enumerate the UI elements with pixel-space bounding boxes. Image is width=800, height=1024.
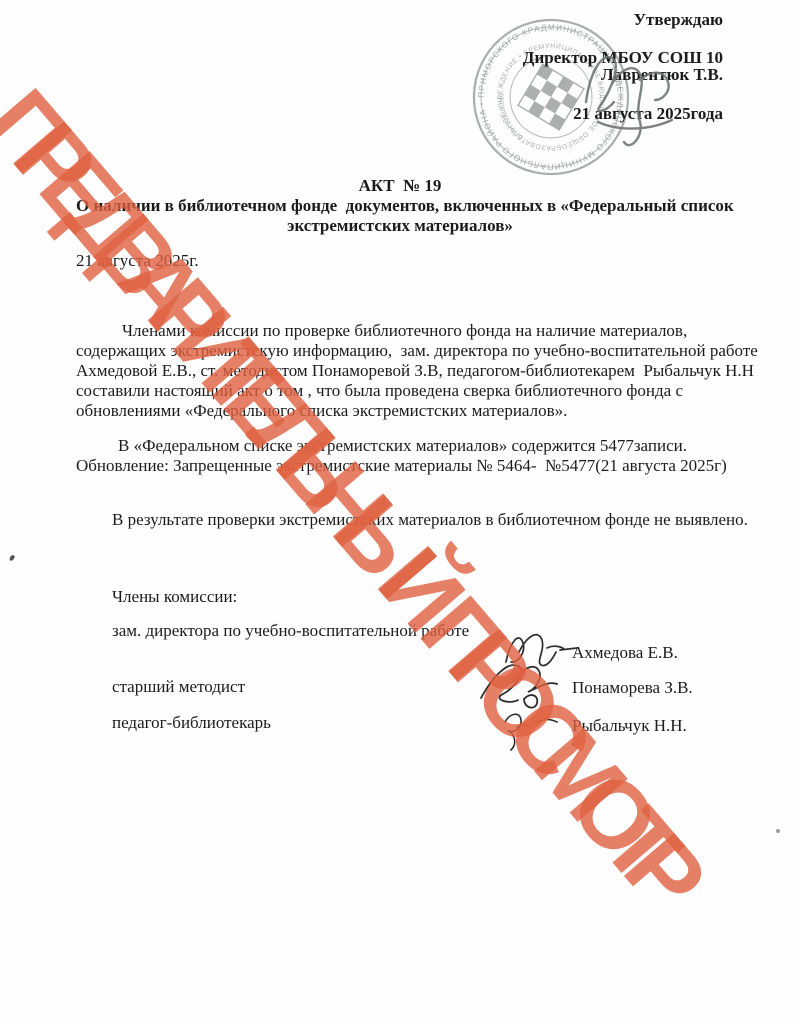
commission-heading: Члены комиссии: — [112, 587, 237, 607]
p3-line: В результате проверки экстремистских мат… — [76, 510, 736, 530]
member-role: зам. директора по учебно-воспитательной … — [112, 621, 469, 641]
act-number-line: АКТ № 19 — [76, 176, 724, 196]
member-name: Рыбальчук Н.Н. — [572, 716, 687, 736]
title-line-2: О наличии в библиотечном фонде документо… — [76, 196, 724, 216]
p1-line: обновлениями «Федерального списка экстре… — [76, 401, 736, 421]
member-name: Понаморева З.В. — [572, 678, 693, 698]
member-role: педагог-библиотекарь — [112, 713, 271, 733]
member-name: Ахмедова Е.В. — [572, 643, 678, 663]
document-title: АКТ № 19 О наличии в библиотечном фонде … — [76, 176, 724, 236]
approval-block: Утверждаю Директор МБОУ СОШ 10 Лаврентюк… — [523, 11, 723, 122]
director-title: Директор МБОУ СОШ 10 — [523, 49, 723, 66]
p1-line: составили настоящий акт о том , что была… — [76, 381, 736, 401]
document-page: АДМИНИСТРАЦИЯ НАДЕЖДИНСКОГО МУНИЦИПАЛЬНО… — [0, 0, 800, 1024]
paragraph-commission: Членами комиссии по проверке библиотечно… — [76, 321, 736, 421]
p2-line: Обновление: Запрещенные экстремистские м… — [76, 456, 736, 476]
approval-date: 21 августа 2025года — [523, 105, 723, 122]
approve-label: Утверждаю — [523, 11, 723, 28]
p1-line: Ахмедовой Е.В., ст. методистом Понаморев… — [76, 361, 736, 381]
p1-line: Членами комиссии по проверке библиотечно… — [76, 321, 736, 341]
scan-speck — [9, 554, 15, 561]
director-name: Лаврентюк Т.В. — [523, 66, 723, 83]
scan-speck — [776, 829, 780, 833]
member-role: старший методист — [112, 677, 245, 697]
p2-line: В «Федеральном списке экстремистских мат… — [76, 436, 736, 456]
signature-ponamoreva — [481, 665, 557, 708]
signature-akhmedova — [506, 635, 577, 666]
document-date: 21 августа 2025г. — [76, 251, 199, 271]
paragraph-federal-list: В «Федеральном списке экстремистских мат… — [76, 436, 736, 476]
paragraph-result: В результате проверки экстремистских мат… — [76, 510, 736, 530]
p1-line: содержащих экстремистскую информацию, за… — [76, 341, 736, 361]
title-line-3: экстремистских материалов» — [76, 216, 724, 236]
signature-rybalchuk — [505, 714, 557, 750]
